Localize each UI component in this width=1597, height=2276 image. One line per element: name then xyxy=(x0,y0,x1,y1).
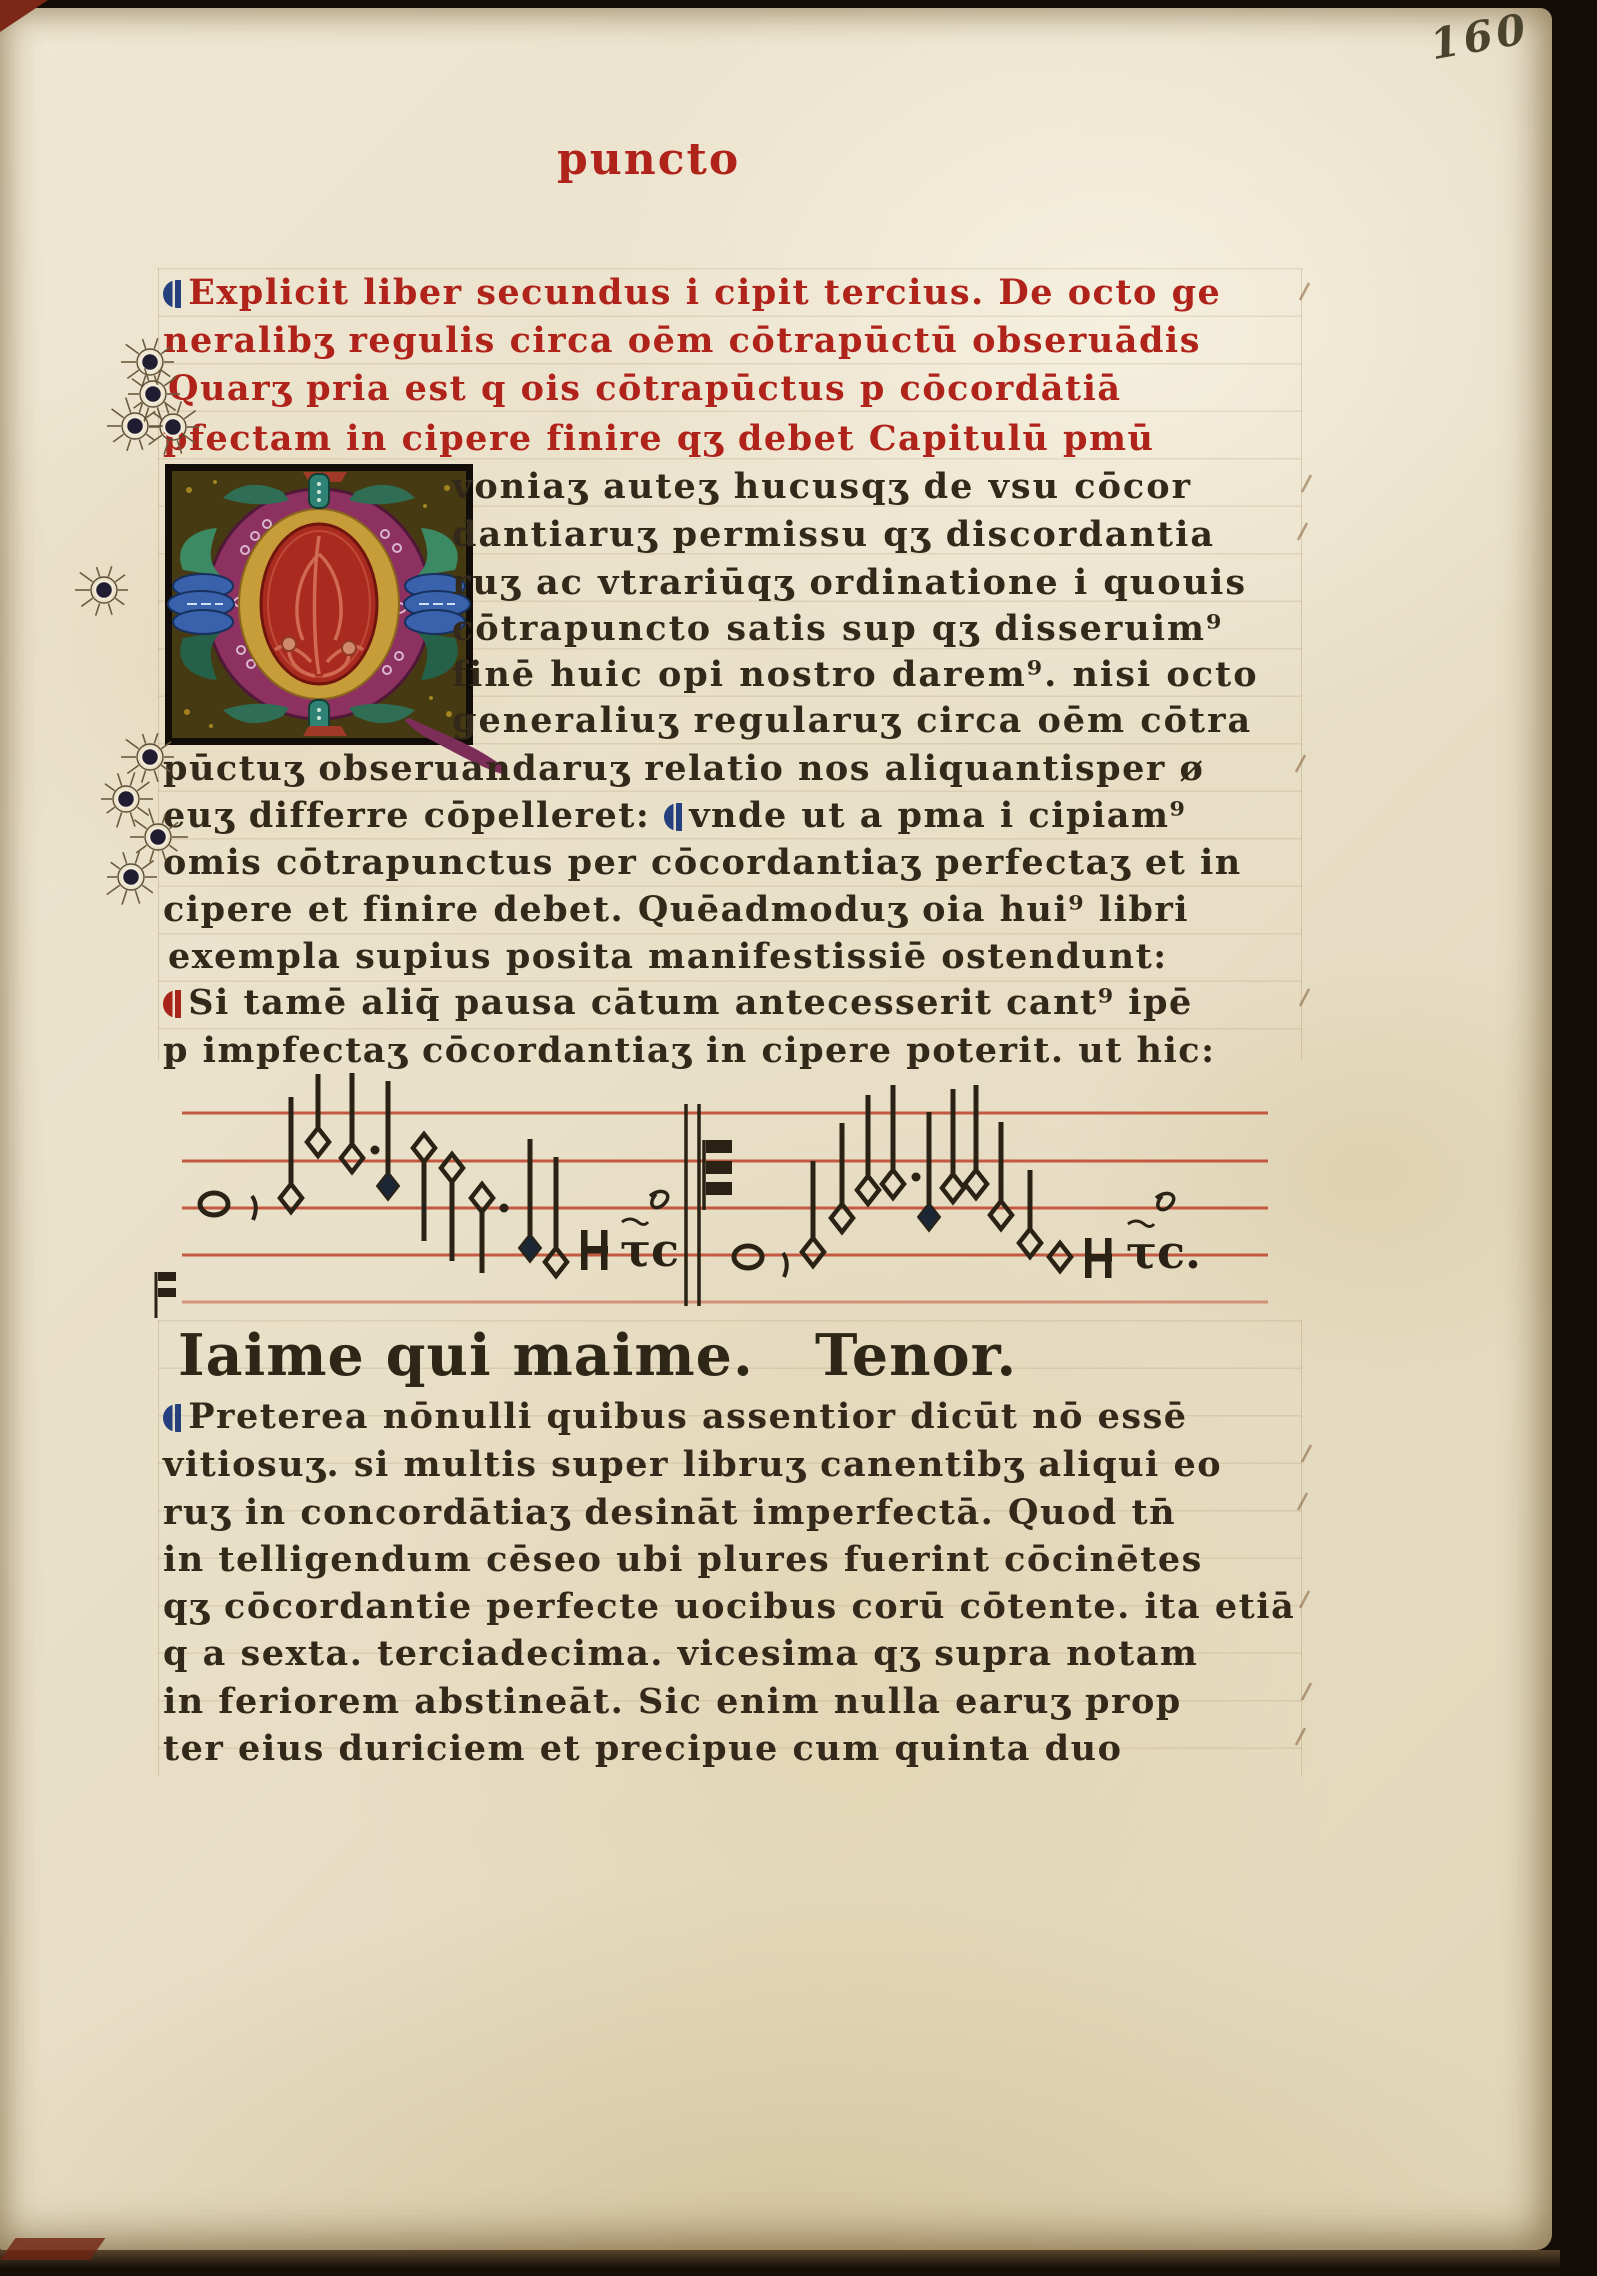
flourish-ray xyxy=(143,339,146,349)
flourish-ray xyxy=(126,397,131,412)
flourish-ray xyxy=(127,765,138,773)
line-filler-slash xyxy=(1300,283,1309,300)
flourish-dot xyxy=(149,828,167,846)
flourish-ray xyxy=(137,807,148,815)
flourish-dot xyxy=(126,417,144,435)
flourish-dot xyxy=(141,748,159,766)
flourish-ray xyxy=(169,822,178,828)
flourish-ray xyxy=(164,377,176,386)
flourish-ray xyxy=(107,885,120,894)
flourish-ray xyxy=(161,742,171,749)
margin-penwork-flourishes xyxy=(0,0,1597,2276)
flourish-ray xyxy=(81,598,92,606)
flourish-ray xyxy=(126,344,139,353)
flourish-ray xyxy=(146,434,154,440)
flourish-ray xyxy=(139,403,142,413)
manuscript-photo: puncto 160 Explicit liber secundus i cip… xyxy=(0,0,1597,2276)
flourish-dot xyxy=(117,790,135,808)
flourish-ray xyxy=(154,733,157,743)
line-filler-slash xyxy=(1302,1445,1311,1462)
flourish-dot xyxy=(144,385,162,403)
flourish-ray xyxy=(161,347,171,354)
flourish-ray xyxy=(154,770,158,781)
flourish-ray xyxy=(127,370,138,378)
flourish-ray xyxy=(136,845,147,853)
line-filler-slash xyxy=(1302,475,1311,492)
flourish-ray xyxy=(169,845,177,851)
flourish-ray xyxy=(135,820,147,829)
flourish-ray xyxy=(123,852,127,863)
flourish-ray xyxy=(132,379,142,386)
flourish-ray xyxy=(184,435,195,443)
flourish-ray xyxy=(142,861,153,869)
line-filler-slash xyxy=(1300,989,1309,1006)
flourish-ray xyxy=(108,566,111,576)
line-filler-slash xyxy=(1296,1728,1305,1745)
flourish-ray xyxy=(137,782,149,791)
flourish-ray xyxy=(142,885,153,893)
flourish-ray xyxy=(184,411,195,419)
flourish-ray xyxy=(157,407,162,421)
flourish-ray xyxy=(162,850,165,860)
flourish-ray xyxy=(162,814,165,824)
flourish-ray xyxy=(97,567,100,577)
flourish-ray xyxy=(113,434,124,442)
flourish-ray xyxy=(130,772,134,785)
flourish-dot xyxy=(95,581,113,599)
line-filler-slash xyxy=(1298,1493,1307,1510)
flourish-ray xyxy=(177,440,181,453)
flourish-ray xyxy=(108,603,112,614)
flourish-ray xyxy=(117,812,122,827)
flourish-ray xyxy=(164,440,169,454)
line-filler-slash xyxy=(1302,1683,1311,1700)
flourish-ray xyxy=(107,807,115,813)
flourish-ray xyxy=(135,851,139,863)
flourish-ray xyxy=(115,598,124,604)
flourish-ray xyxy=(149,808,154,823)
flourish-ray xyxy=(122,890,127,904)
line-filler-slash xyxy=(1298,523,1307,540)
flourish-ray xyxy=(135,890,139,903)
flourish-ray xyxy=(157,367,161,380)
flourish-ray xyxy=(139,439,142,449)
flourish-dot xyxy=(122,868,140,886)
flourish-ray xyxy=(118,773,122,785)
flourish-ray xyxy=(142,770,146,782)
flourish-ray xyxy=(96,603,100,615)
flourish-ray xyxy=(177,401,181,413)
line-filler-slash xyxy=(1296,755,1305,772)
flourish-ray xyxy=(161,370,170,376)
flourish-ray xyxy=(105,784,115,791)
flourish-ray xyxy=(126,739,139,748)
flourish-ray xyxy=(80,572,93,581)
flourish-ray xyxy=(161,765,170,771)
flourish-dot xyxy=(141,353,159,371)
line-filler-slash xyxy=(1300,1591,1309,1608)
flourish-dot xyxy=(164,418,182,436)
flourish-ray xyxy=(143,734,146,744)
flourish-ray xyxy=(154,338,157,348)
flourish-ray xyxy=(112,409,124,418)
flourish-ray xyxy=(130,812,135,826)
flourish-ray xyxy=(115,575,125,582)
flourish-ray xyxy=(111,862,120,868)
flourish-ray xyxy=(127,439,131,450)
